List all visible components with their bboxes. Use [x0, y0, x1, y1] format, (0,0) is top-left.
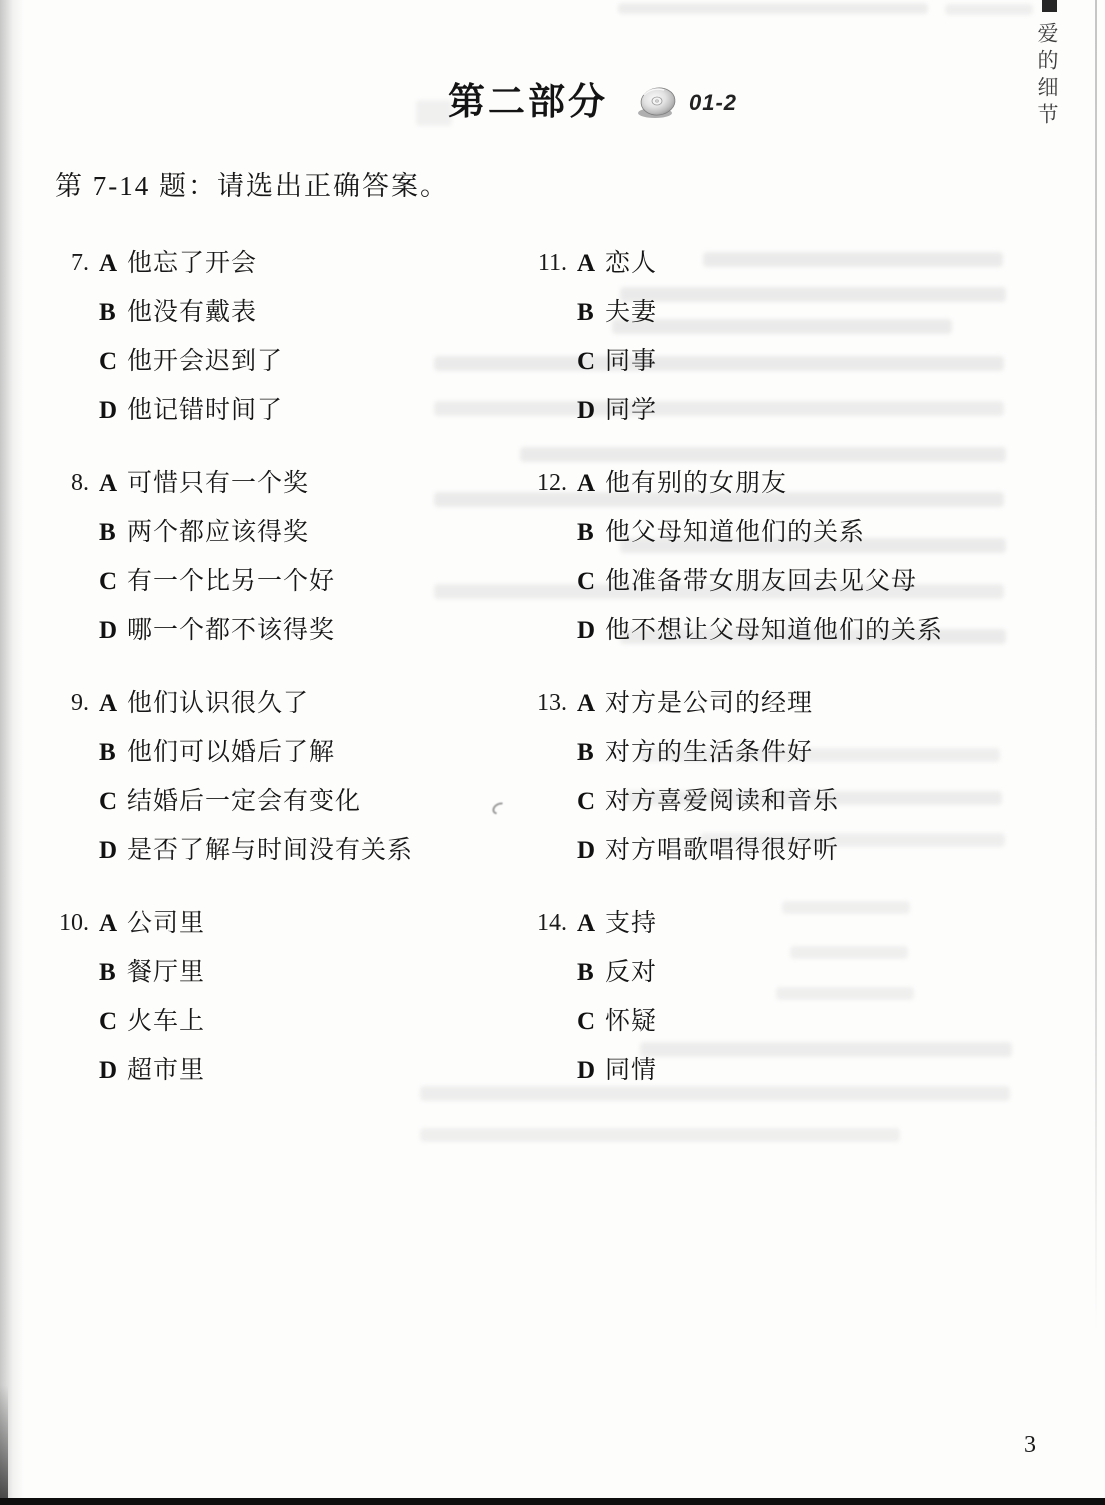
option-row: B餐厅里: [55, 957, 525, 1006]
option-row: B对方的生活条件好: [533, 737, 1003, 786]
question-number: 9.: [55, 688, 99, 719]
option-text: 他们认识很久了: [127, 688, 309, 719]
option-letter: C: [577, 1006, 599, 1037]
option-letter: A: [99, 908, 121, 939]
option-letter: C: [99, 1006, 121, 1037]
option-text: 他忘了开会: [127, 248, 257, 279]
bleed-through-line: [945, 4, 1033, 15]
option-letter: C: [577, 786, 599, 817]
question-column: 7.A他忘了开会B他没有戴表C他开会迟到了D他记错时间了8.A可惜只有一个奖B两…: [55, 248, 525, 1128]
question-number: 8.: [55, 468, 99, 499]
option-letter: A: [577, 908, 599, 939]
option-row: C火车上: [55, 1006, 525, 1055]
option-row: 10.A公司里: [55, 908, 525, 957]
page-number: 3: [1024, 1432, 1036, 1459]
option-text: 火车上: [127, 1006, 205, 1037]
option-text: 他记错时间了: [127, 395, 283, 426]
option-letter: D: [577, 615, 599, 646]
bleed-through-line: [420, 1128, 900, 1142]
audio-track-group: 01-2: [634, 85, 737, 121]
option-letter: B: [577, 957, 599, 988]
option-text: 超市里: [127, 1055, 205, 1086]
question-number: 10.: [55, 908, 99, 939]
question-number: 14.: [533, 908, 577, 939]
option-text: 餐厅里: [127, 957, 205, 988]
option-letter: A: [577, 248, 599, 279]
option-text: 他父母知道他们的关系: [605, 517, 865, 548]
option-text: 怀疑: [605, 1006, 657, 1037]
question-number: 7.: [55, 248, 99, 279]
option-row: 12.A他有别的女朋友: [533, 468, 1003, 517]
option-letter: D: [99, 395, 121, 426]
option-text: 夫妻: [605, 297, 657, 328]
option-letter: B: [99, 297, 121, 328]
option-letter: D: [99, 835, 121, 866]
left-edge-dark-strip: [0, 1385, 8, 1505]
bleed-through-line: [618, 3, 928, 14]
option-row: 14.A支持: [533, 908, 1003, 957]
question: 14.A支持B反对C怀疑D同情: [533, 908, 1003, 1104]
option-text: 他有别的女朋友: [605, 468, 787, 499]
option-letter: A: [99, 688, 121, 719]
option-letter: C: [99, 786, 121, 817]
cd-icon: [634, 85, 682, 121]
option-letter: A: [99, 248, 121, 279]
option-letter: B: [99, 517, 121, 548]
question: 12.A他有别的女朋友B他父母知道他们的关系C他准备带女朋友回去见父母D他不想让…: [533, 468, 1003, 664]
option-letter: C: [99, 566, 121, 597]
question: 7.A他忘了开会B他没有戴表C他开会迟到了D他记错时间了: [55, 248, 525, 444]
option-text: 他开会迟到了: [127, 346, 283, 377]
option-text: 对方喜爱阅读和音乐: [605, 786, 839, 817]
option-text: 恋人: [605, 248, 657, 279]
option-row: C结婚后一定会有变化: [55, 786, 525, 835]
option-row: 8.A可惜只有一个奖: [55, 468, 525, 517]
option-row: 9.A他们认识很久了: [55, 688, 525, 737]
option-row: C同事: [533, 346, 1003, 395]
option-letter: B: [99, 957, 121, 988]
option-row: C怀疑: [533, 1006, 1003, 1055]
option-row: D同学: [533, 395, 1003, 444]
option-letter: A: [577, 468, 599, 499]
question-number: 11.: [533, 248, 577, 279]
option-row: B他们可以婚后了解: [55, 737, 525, 786]
question: 9.A他们认识很久了B他们可以婚后了解C结婚后一定会有变化D是否了解与时间没有关…: [55, 688, 525, 884]
option-row: 11.A恋人: [533, 248, 1003, 297]
option-row: D哪一个都不该得奖: [55, 615, 525, 664]
option-letter: D: [99, 1055, 121, 1086]
option-text: 结婚后一定会有变化: [127, 786, 361, 817]
question-number: 12.: [533, 468, 577, 499]
option-text: 同学: [605, 395, 657, 426]
question-number: 13.: [533, 688, 577, 719]
option-row: C他准备带女朋友回去见父母: [533, 566, 1003, 615]
option-text: 有一个比另一个好: [127, 566, 335, 597]
right-edge-line: [1095, 0, 1097, 1330]
option-text: 他没有戴表: [127, 297, 257, 328]
option-row: D他不想让父母知道他们的关系: [533, 615, 1003, 664]
option-row: 13.A对方是公司的经理: [533, 688, 1003, 737]
bottom-edge-line: [0, 1498, 1105, 1505]
option-row: D他记错时间了: [55, 395, 525, 444]
section-title: 第二部分: [448, 84, 608, 121]
option-letter: B: [577, 517, 599, 548]
option-letter: D: [577, 395, 599, 426]
question: 11.A恋人B夫妻C同事D同学: [533, 248, 1003, 444]
option-row: D是否了解与时间没有关系: [55, 835, 525, 884]
option-letter: B: [577, 297, 599, 328]
option-row: D对方唱歌唱得很好听: [533, 835, 1003, 884]
question-column: 11.A恋人B夫妻C同事D同学12.A他有别的女朋友B他父母知道他们的关系C他准…: [533, 248, 1003, 1128]
option-letter: A: [577, 688, 599, 719]
option-row: B他没有戴表: [55, 297, 525, 346]
option-text: 同情: [605, 1055, 657, 1086]
scanned-test-page: 第二部分: [0, 0, 1105, 1505]
option-text: 对方是公司的经理: [605, 688, 813, 719]
option-letter: B: [99, 737, 121, 768]
option-letter: C: [577, 566, 599, 597]
option-text: 他准备带女朋友回去见父母: [605, 566, 917, 597]
option-row: 7.A他忘了开会: [55, 248, 525, 297]
option-text: 可惜只有一个奖: [127, 468, 309, 499]
option-text: 公司里: [127, 908, 205, 939]
option-text: 同事: [605, 346, 657, 377]
option-text: 对方唱歌唱得很好听: [605, 835, 839, 866]
left-edge-shadow: [0, 0, 24, 1505]
option-row: B他父母知道他们的关系: [533, 517, 1003, 566]
option-text: 是否了解与时间没有关系: [127, 835, 413, 866]
option-text: 他们可以婚后了解: [127, 737, 335, 768]
question: 10.A公司里B餐厅里C火车上D超市里: [55, 908, 525, 1104]
option-letter: C: [577, 346, 599, 377]
option-text: 反对: [605, 957, 657, 988]
option-text: 两个都应该得奖: [127, 517, 309, 548]
option-row: B反对: [533, 957, 1003, 1006]
option-row: D超市里: [55, 1055, 525, 1104]
option-text: 对方的生活条件好: [605, 737, 813, 768]
option-text: 哪一个都不该得奖: [127, 615, 335, 646]
part-header: 第二部分: [448, 84, 737, 121]
chapter-marker-square: [1042, 0, 1057, 12]
option-letter: D: [577, 1055, 599, 1086]
option-letter: A: [99, 468, 121, 499]
bleed-through-line: [416, 100, 452, 126]
sidebar-chapter-title: 爱的细节: [1031, 22, 1061, 130]
option-row: C他开会迟到了: [55, 346, 525, 395]
option-letter: D: [99, 615, 121, 646]
question: 13.A对方是公司的经理B对方的生活条件好C对方喜爱阅读和音乐D对方唱歌唱得很好…: [533, 688, 1003, 884]
option-letter: C: [99, 346, 121, 377]
option-text: 他不想让父母知道他们的关系: [605, 615, 943, 646]
option-letter: D: [577, 835, 599, 866]
option-row: C有一个比另一个好: [55, 566, 525, 615]
audio-track-label: 01-2: [689, 90, 737, 116]
option-row: C对方喜爱阅读和音乐: [533, 786, 1003, 835]
instructions: 第 7-14 题：请选出正确答案。: [55, 164, 449, 203]
option-letter: B: [577, 737, 599, 768]
option-row: B两个都应该得奖: [55, 517, 525, 566]
question: 8.A可惜只有一个奖B两个都应该得奖C有一个比另一个好D哪一个都不该得奖: [55, 468, 525, 664]
option-text: 支持: [605, 908, 657, 939]
option-row: B夫妻: [533, 297, 1003, 346]
option-row: D同情: [533, 1055, 1003, 1104]
